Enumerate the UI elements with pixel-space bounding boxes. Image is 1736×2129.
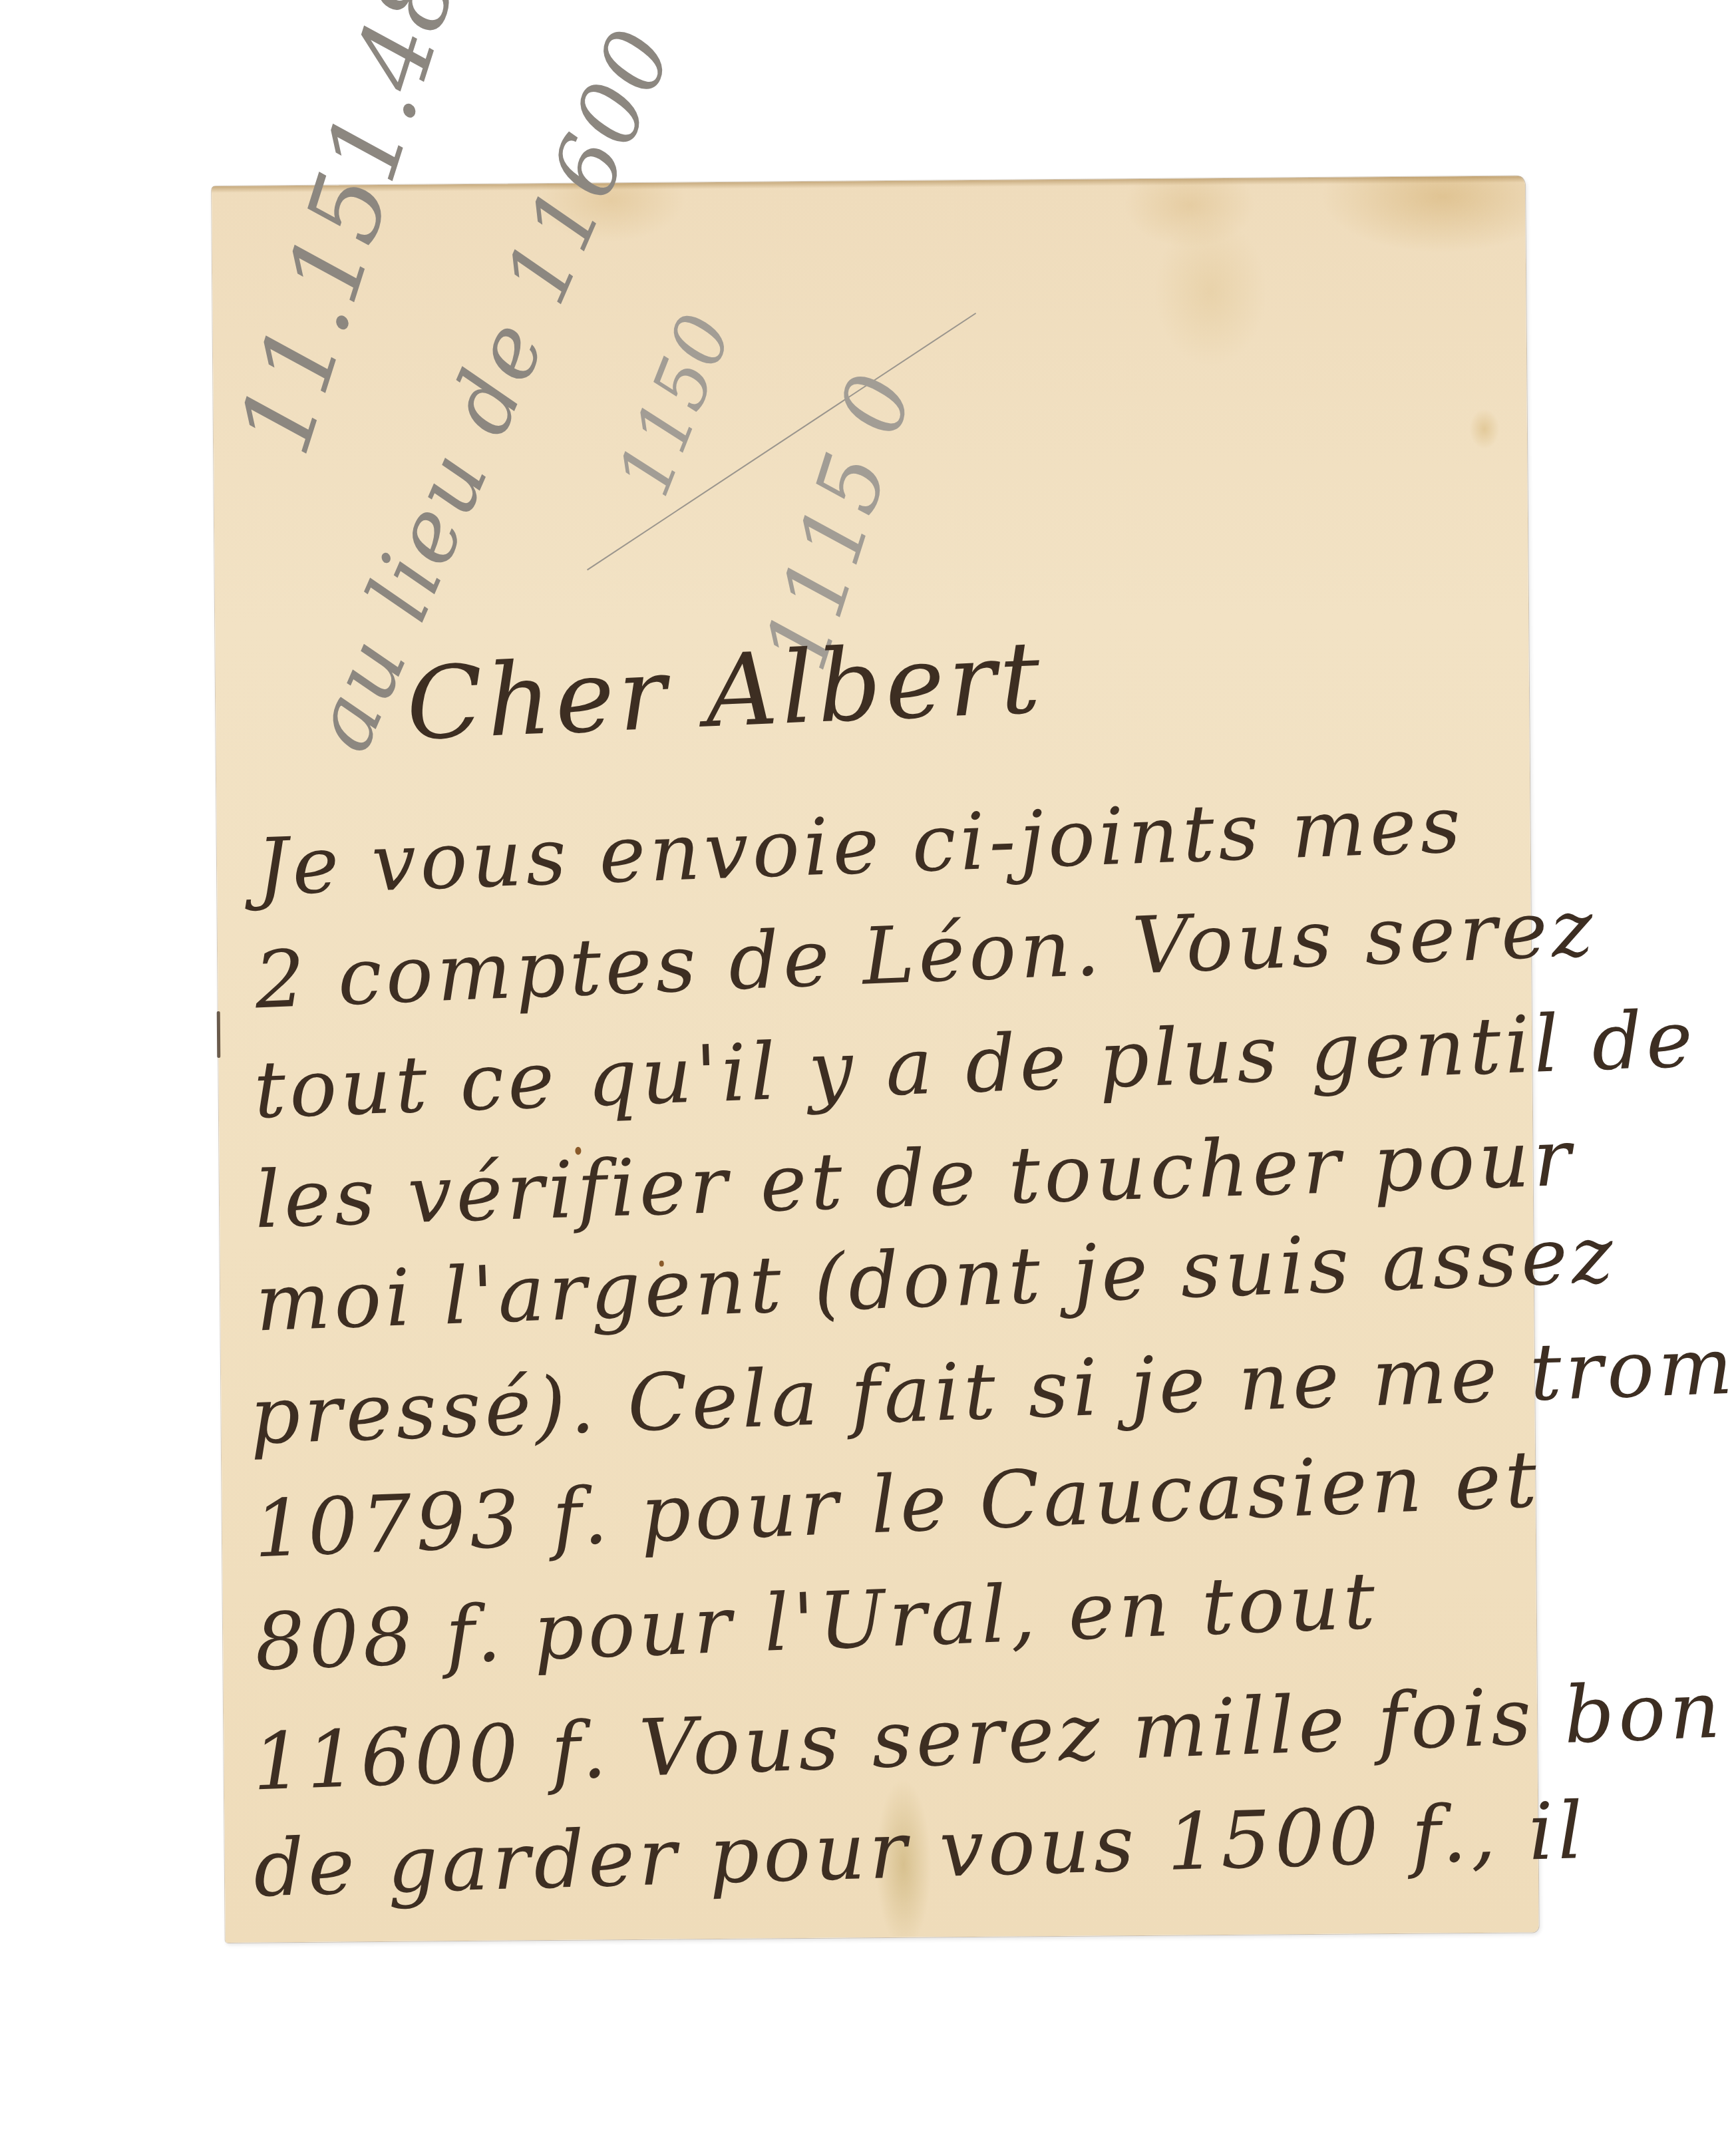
letter-line-8: 808 f. pour l'Ural, en tout: [254, 1554, 1381, 1688]
letter-line-10: de garder pour vous 1500 f., il: [252, 1784, 1588, 1915]
left-edge-mark: [217, 1011, 221, 1058]
photo-background: 11.151.48 au lieu de 11600 1150 1115 0 C…: [0, 0, 1736, 2129]
letter-sheet: 11.151.48 au lieu de 11600 1150 1115 0 C…: [212, 176, 1539, 1942]
salutation: Cher Albert: [404, 620, 1046, 763]
letter-line-1: Je vous envoie ci-joints mes: [256, 778, 1467, 913]
